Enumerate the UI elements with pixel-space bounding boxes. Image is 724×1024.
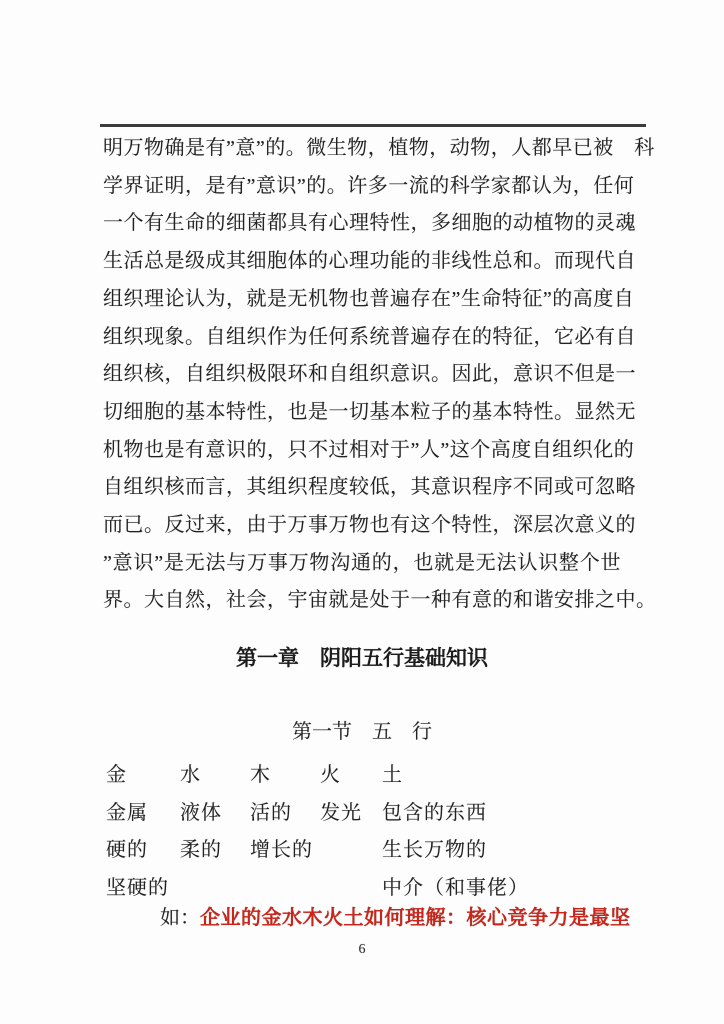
chapter-heading: 第一章 阴阳五行基础知识 <box>103 643 621 673</box>
table-cell: 中介（和事佬） <box>382 870 622 908</box>
body-line: 学界证明，是有”意识”的。许多一流的科学家都认为，任何 <box>103 168 621 206</box>
page-number: 6 <box>0 942 724 958</box>
body-line: 组织核，自组织极限环和自组织意识。因此，意识不但是一 <box>103 356 621 394</box>
table-cell: 包含的东西 <box>382 795 622 833</box>
body-line: 组织理论认为，就是无机物也普遍存在”生命特征”的高度自 <box>103 281 621 319</box>
example-line: 如：企业的金水木火土如何理解：核心竞争力是最坚 <box>160 904 630 932</box>
body-line: 生活总是级成其细胞体的心理功能的非线性总和。而现代自 <box>103 243 621 281</box>
body-line: 一个有生命的细菌都具有心理特性，多细胞的动植物的灵魂 <box>103 205 621 243</box>
body-paragraph: 明万物确是有”意”的。微生物，植物，动物，人都早已被 科 学界证明，是有”意识”… <box>103 130 621 620</box>
table-cell: 活的 <box>250 795 320 833</box>
body-line: 自组织核而言，其组织程度较低，其意识程序不同或可忽略 <box>103 469 621 507</box>
table-cell <box>320 870 382 908</box>
section-heading: 第一节 五 行 <box>103 717 621 747</box>
table-cell: 增长的 <box>250 832 320 870</box>
body-line: 明万物确是有”意”的。微生物，植物，动物，人都早已被 科 <box>103 130 621 168</box>
body-line: 机物也是有意识的，只不过相对于”人”这个高度自组织化的 <box>103 432 621 470</box>
table-cell: 硬的 <box>106 832 180 870</box>
table-cell: 柔的 <box>180 832 250 870</box>
table-cell: 发光 <box>320 795 382 833</box>
example-highlight-text: 企业的金水木火土如何理解：核心竞争力是最坚 <box>200 907 631 929</box>
table-cell: 金 <box>106 757 180 795</box>
table-cell: 金属 <box>106 795 180 833</box>
table-cell: 火 <box>320 757 382 795</box>
body-line: ”意识”是无法与万事万物沟通的，也就是无法认识整个世 <box>103 545 621 583</box>
header-rule-divider <box>100 124 646 127</box>
table-cell: 液体 <box>180 795 250 833</box>
table-cell: 土 <box>382 757 622 795</box>
document-page: 明万物确是有”意”的。微生物，植物，动物，人都早已被 科 学界证明，是有”意识”… <box>0 0 724 1024</box>
table-cell: 生长万物的 <box>382 832 622 870</box>
table-cell <box>180 870 250 908</box>
body-line: 而已。反过来，由于万事万物也有这个特性，深层次意义的 <box>103 507 621 545</box>
table-cell: 坚硬的 <box>106 870 180 908</box>
table-cell <box>320 832 382 870</box>
table-cell <box>250 870 320 908</box>
example-prefix: 如： <box>160 907 200 929</box>
body-line: 切细胞的基本特性，也是一切基本粒子的基本特性。显然无 <box>103 394 621 432</box>
table-cell: 水 <box>180 757 250 795</box>
table-cell: 木 <box>250 757 320 795</box>
body-line: 界。大自然，社会，宇宙就是处于一种有意的和谐安排之中。 <box>103 582 621 620</box>
five-elements-table: 金 水 木 火 土 金属 液体 活的 发光 包含的东西 硬的 柔的 增长的 生长… <box>106 757 622 907</box>
body-line: 组织现象。自组织作为任何系统普遍存在的特征，它必有自 <box>103 319 621 357</box>
